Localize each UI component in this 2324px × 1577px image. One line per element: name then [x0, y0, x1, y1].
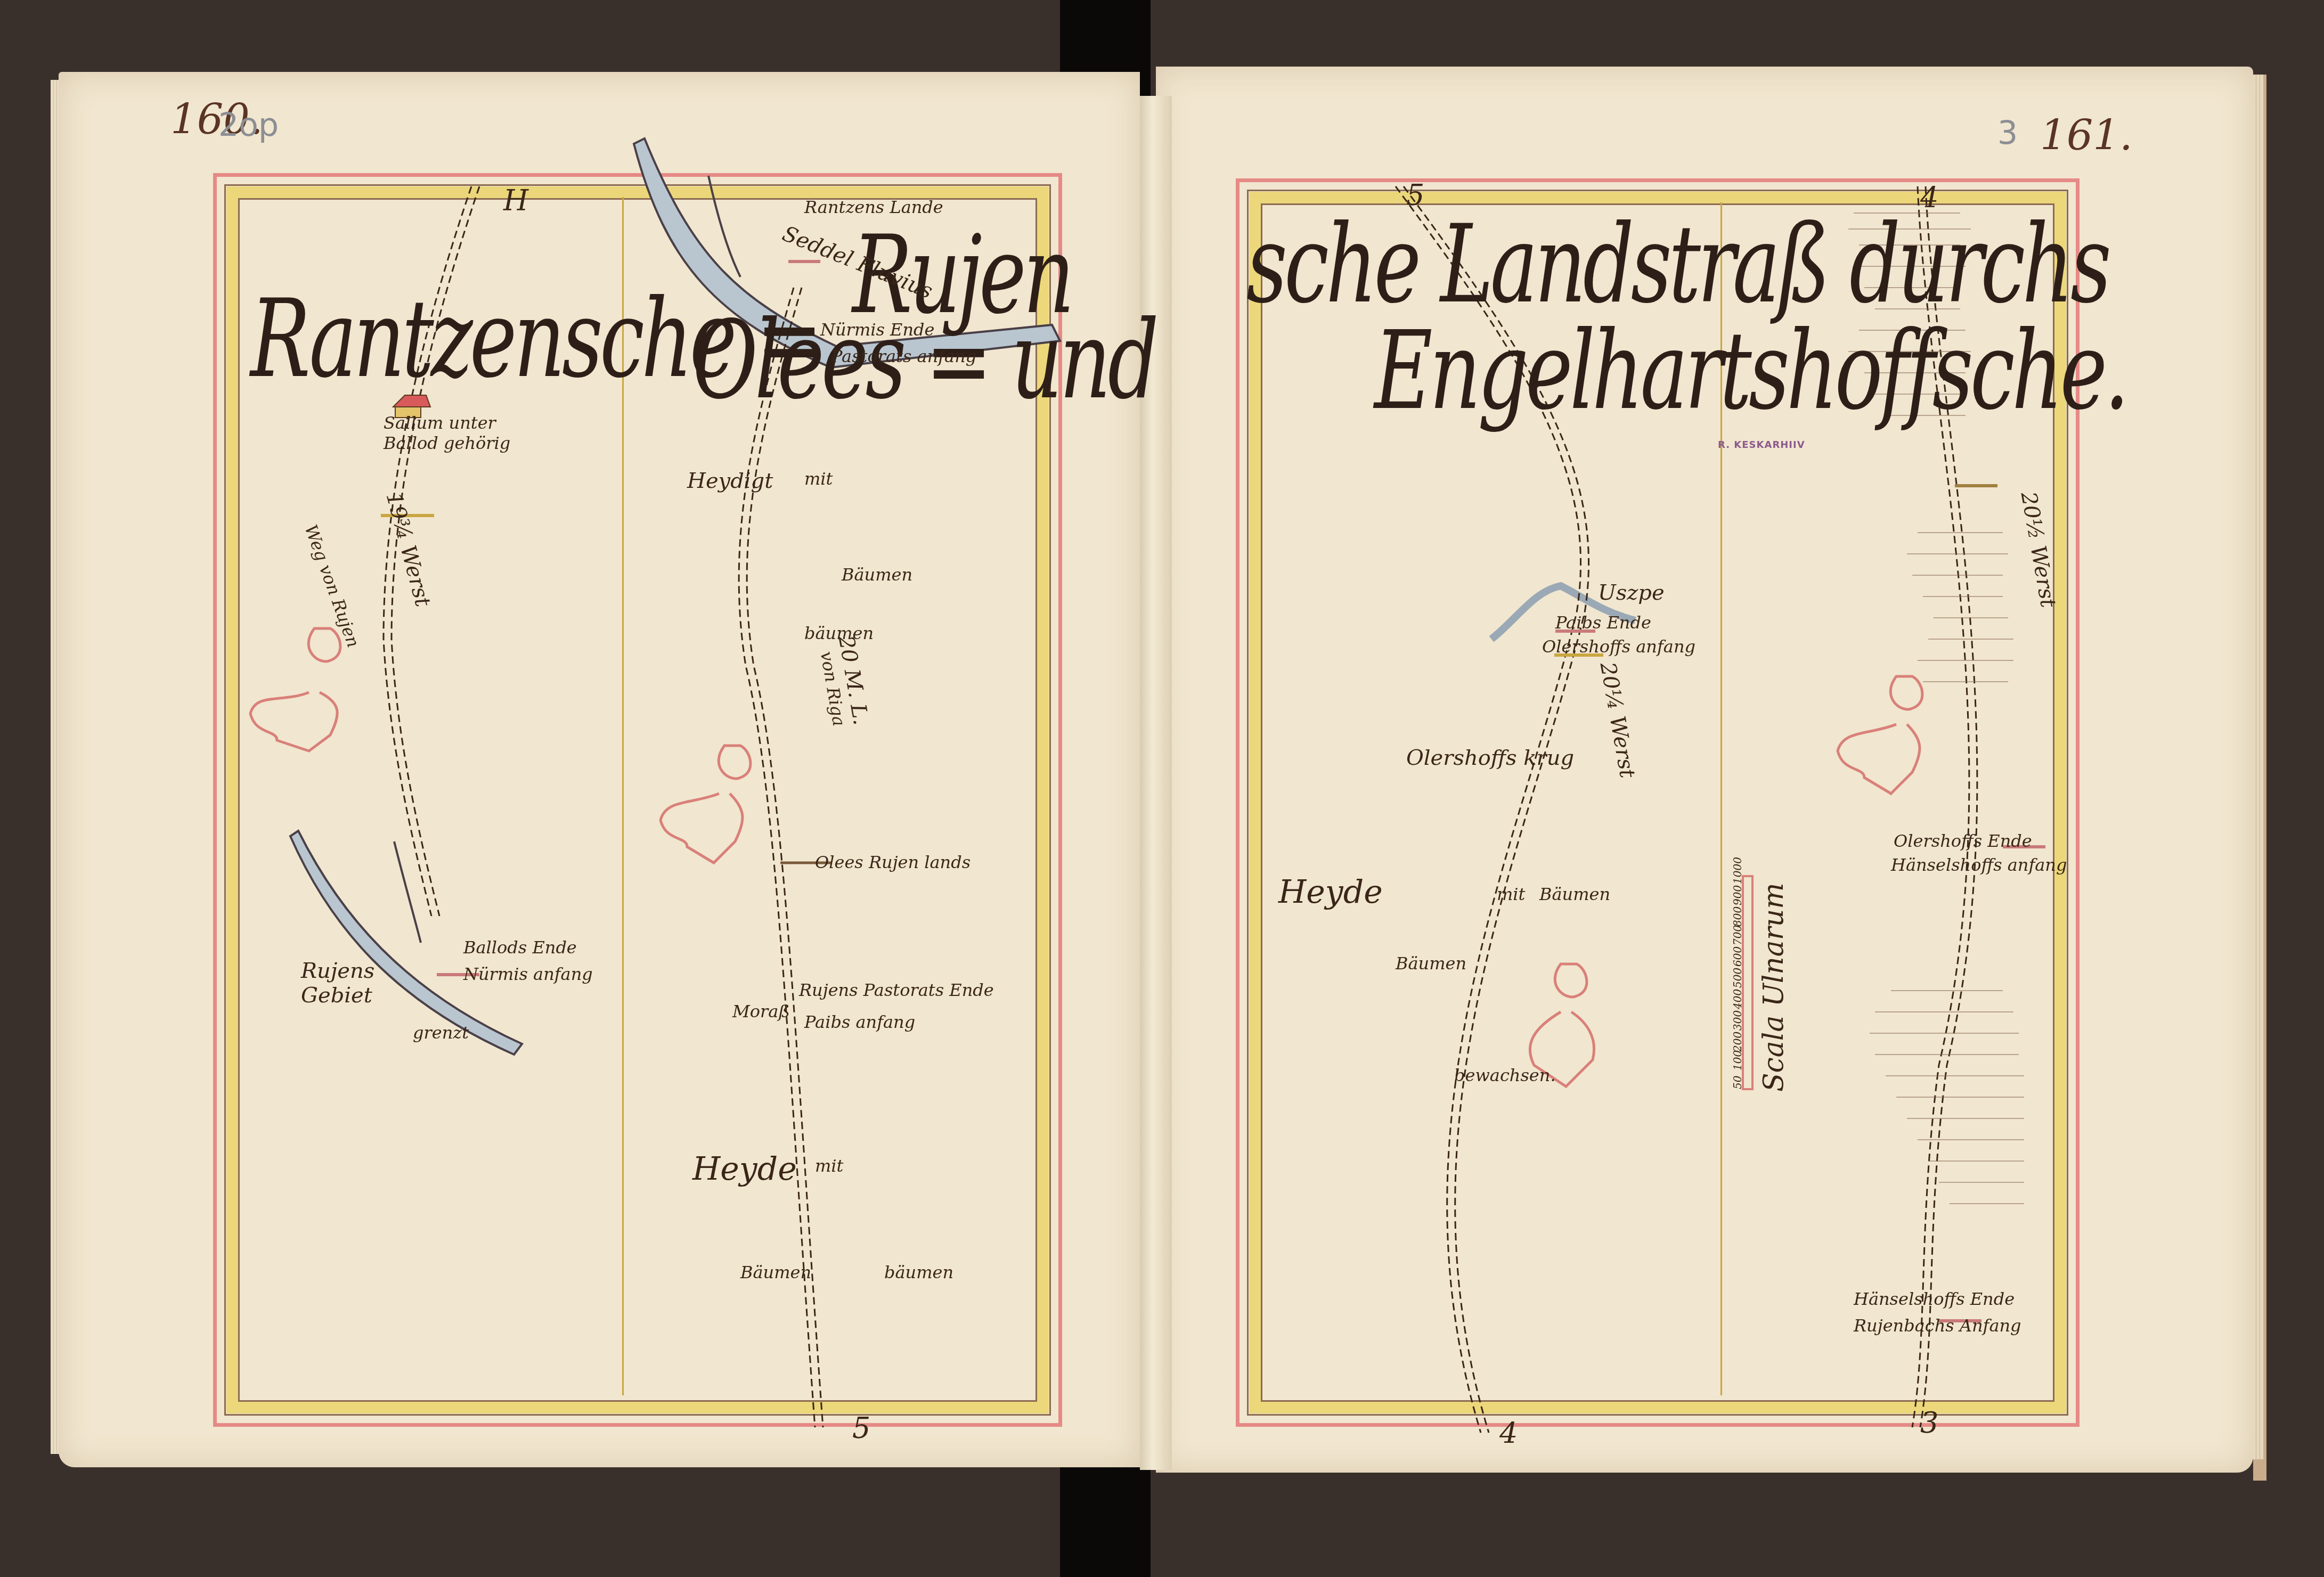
pencil-note-left: 2op [218, 107, 279, 144]
label-mit-2: mit [815, 1156, 843, 1176]
station-mark-4-top: 4 [1920, 181, 1938, 215]
station-mark-3-bottom: 3 [1920, 1406, 1938, 1440]
scale-bar [1743, 876, 1752, 1089]
label-heydigt: Heydigt [687, 469, 773, 493]
label-rujens-gebiet: Rujens Gebiet [301, 959, 407, 1008]
station-mark-4-bottom: 4 [1499, 1417, 1518, 1450]
label-olershoffs-ende: Olershoffs Ende [1894, 831, 2032, 851]
station-mark-H: H [503, 184, 528, 217]
label-nurmis-ende: Nürmis Ende [820, 320, 934, 340]
label-ballods-ende: Ballods Ende [463, 937, 577, 958]
label-pastorats-anfang: Pastorats anfang [831, 346, 976, 366]
label-paibs-ende: Paibs Ende [1555, 612, 1651, 633]
label-morass: Moraß [732, 1001, 790, 1022]
compass-rose-left-1 [250, 628, 340, 751]
label-baeumen-4: bäumen [884, 1262, 953, 1282]
label-heyde-right: Heyde [1278, 873, 1383, 911]
label-church-sallum: Sallum unter Ballod gehörig [384, 413, 554, 453]
label-pastorats-ende: Rujens Pastorats Ende [799, 980, 994, 1000]
label-rantzens-lande: Rantzens Lande [804, 197, 943, 217]
title-engelhartshoffsche: Engelhartshoffsche. [1374, 309, 2126, 434]
label-nurmis-anfang: Nürmis anfang [463, 964, 593, 984]
station-mark-5-right: 5 [1406, 178, 1424, 212]
label-paibs-anfang: Paibs anfang [804, 1012, 915, 1032]
label-scala-ulnarum: Scala Ulnarum [1758, 883, 1790, 1092]
pencil-note-right: 3 [1997, 115, 2018, 152]
label-heyde-left: Heyde [692, 1150, 797, 1188]
label-haenselshoffs-ende: Hänselshoffs Ende [1854, 1289, 2015, 1309]
label-olershoffs-anfang: Olershoffs anfang [1542, 636, 1695, 657]
road-left-b [739, 288, 815, 1427]
label-mit-1: mit [804, 469, 833, 489]
label-mit-right: mit [1497, 884, 1525, 904]
label-grenzt: grenzt [413, 1023, 469, 1043]
compass-rose-left-2 [660, 746, 751, 863]
label-baeumen-3: Bäumen [740, 1262, 811, 1282]
folio-right: 161. [2040, 112, 2133, 160]
label-uszpe: Uszpe [1598, 581, 1665, 605]
label-baeumen-right-1: Bäumen [1539, 884, 1610, 904]
label-baeumen-1: Bäumen [842, 565, 912, 585]
label-olees-rujen-lands: Olees Rujen lands [815, 852, 971, 872]
archive-stamp: R. KESKARHIIV [1718, 439, 1805, 451]
label-bewachsen: bewachsen. [1454, 1065, 1556, 1085]
label-haenselshoffs-anfang: Hänselshoffs anfang [1891, 855, 2067, 875]
label-rujenbachs-anfang: Rujenbachs Anfang [1854, 1315, 2021, 1336]
label-baeumen-right-2: Bäumen [1396, 953, 1466, 974]
station-mark-5-left: 5 [852, 1411, 870, 1445]
compass-rose-right-2 [1838, 676, 1922, 794]
label-olershoffs-krug: Olershoffs krug [1406, 746, 1574, 770]
